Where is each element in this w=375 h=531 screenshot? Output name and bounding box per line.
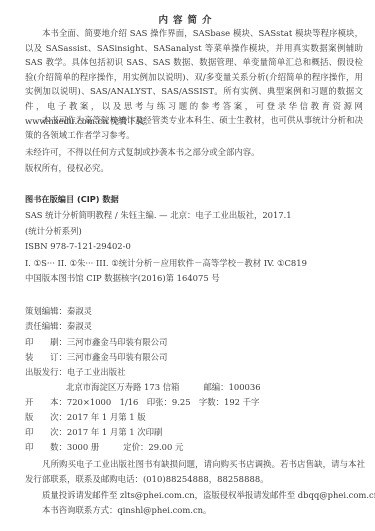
printing-row: 印 刷：三河市鑫金马印装有限公司 <box>25 336 167 348</box>
summary-paragraph-2-text: 本书可作为高等院校统计及经管类专业本科生、硕士生教材，也可供从事统计分析和决策的… <box>25 115 363 140</box>
cip-record-number: 中国版本图书馆 CIP 数据核字(2016)第 164075 号 <box>25 272 220 284</box>
copyright-page: 内容简介 本书全面、简要地介绍 SAS 操作界面，SASbase 模块、SASs… <box>0 0 375 531</box>
planning-editor-label: 策划编辑： <box>25 306 67 316</box>
format-label: 开 本： <box>25 397 67 407</box>
edition-value: 2017 年 1 月第 1 版 <box>67 412 146 422</box>
binding-row: 装 订：三河市鑫金马印装有限公司 <box>25 351 167 363</box>
address-value: 北京市海淀区万寿路 173 信箱 <box>66 382 179 392</box>
responsible-editor-row: 责任编辑：秦淑灵 <box>25 320 92 332</box>
format-row: 开 本：720×1000 1/16 印张：9.25 字数：192 千字 <box>25 396 259 408</box>
planning-editor-row: 策划编辑：秦淑灵 <box>25 305 92 317</box>
printing-label: 印 刷： <box>25 337 67 347</box>
notice-paragraph-1-text: 凡所购买电子工业出版社图书有缺损问题，请向购买书店调换。若书店售缺，请与本社发行… <box>25 459 365 484</box>
format-value: 720×1000 1/16 印张：9.25 字数：192 千字 <box>67 397 260 407</box>
print-run-row: 印 数：3000 册定价：29.00 元 <box>25 441 183 453</box>
print-run-label: 印 数： <box>25 442 67 452</box>
edition-row: 版 次：2017 年 1 月第 1 版 <box>25 411 146 423</box>
postcode-value: 100036 <box>229 382 261 392</box>
address-row: 北京市海淀区万寿路 173 信箱邮编：100036 <box>66 381 261 393</box>
responsible-editor-label: 责任编辑： <box>25 321 67 331</box>
notice-paragraph-3: 本书咨询联系方式：qinshl@phei.com.cn。 <box>42 504 211 516</box>
planning-editor-value: 秦淑灵 <box>67 306 92 316</box>
impression-label: 印 次： <box>25 427 67 437</box>
impression-row: 印 次：2017 年 1 月第 1 次印刷 <box>25 426 162 438</box>
summary-title: 内容简介 <box>0 12 375 26</box>
summary-paragraph-2: 本书可作为高等院校统计及经管类专业本科生、硕士生教材，也可供从事统计分析和决策的… <box>25 113 363 142</box>
price-value: 29.00 元 <box>148 442 183 452</box>
postcode-label: 邮编： <box>203 382 228 392</box>
publisher-label: 出版发行： <box>25 367 67 377</box>
binding-label: 装 订： <box>25 352 67 362</box>
cip-heading: 图书在版编目 (CIP) 数据 <box>25 194 119 205</box>
price-label: 定价： <box>123 442 148 452</box>
publisher-row: 出版发行：电子工业出版社 <box>25 366 126 378</box>
responsible-editor-value: 秦淑灵 <box>67 321 92 331</box>
notice-paragraph-2: 质量投诉请发邮件至 zlts@phei.com.cn，盗版侵权举报请发邮件至 d… <box>42 489 375 501</box>
summary-paragraph-1-text: 本书全面、简要地介绍 SAS 操作界面，SASbase 模块、SASstat 模… <box>25 28 363 126</box>
cip-isbn: ISBN 978-7-121-29402-0 <box>25 240 131 252</box>
cip-citation: SAS 统计分析简明教程 / 朱钰主编. — 北京：电子工业出版社，2017.1 <box>25 209 292 221</box>
publisher-value: 电子工业出版社 <box>67 367 126 377</box>
notice-paragraph-1: 凡所购买电子工业出版社图书有缺损问题，请向购买书店调换。若书店售缺，请与本社发行… <box>25 457 365 486</box>
rights-reserved: 版权所有，侵权必究。 <box>25 162 109 174</box>
binding-value: 三河市鑫金马印装有限公司 <box>67 352 168 362</box>
cip-series: (统计分析系列) <box>25 225 82 237</box>
print-run-value: 3000 册 <box>67 442 99 452</box>
copyright-notice: 未经许可，不得以任何方式复制或抄袭本书之部分或全部内容。 <box>25 146 260 158</box>
edition-label: 版 次： <box>25 412 67 422</box>
impression-value: 2017 年 1 月第 1 次印刷 <box>67 427 163 437</box>
cip-classification: I. ①S··· II. ①朱··· III. ①统计分析－应用软件－高等学校－… <box>25 257 307 269</box>
printing-value: 三河市鑫金马印装有限公司 <box>67 337 168 347</box>
